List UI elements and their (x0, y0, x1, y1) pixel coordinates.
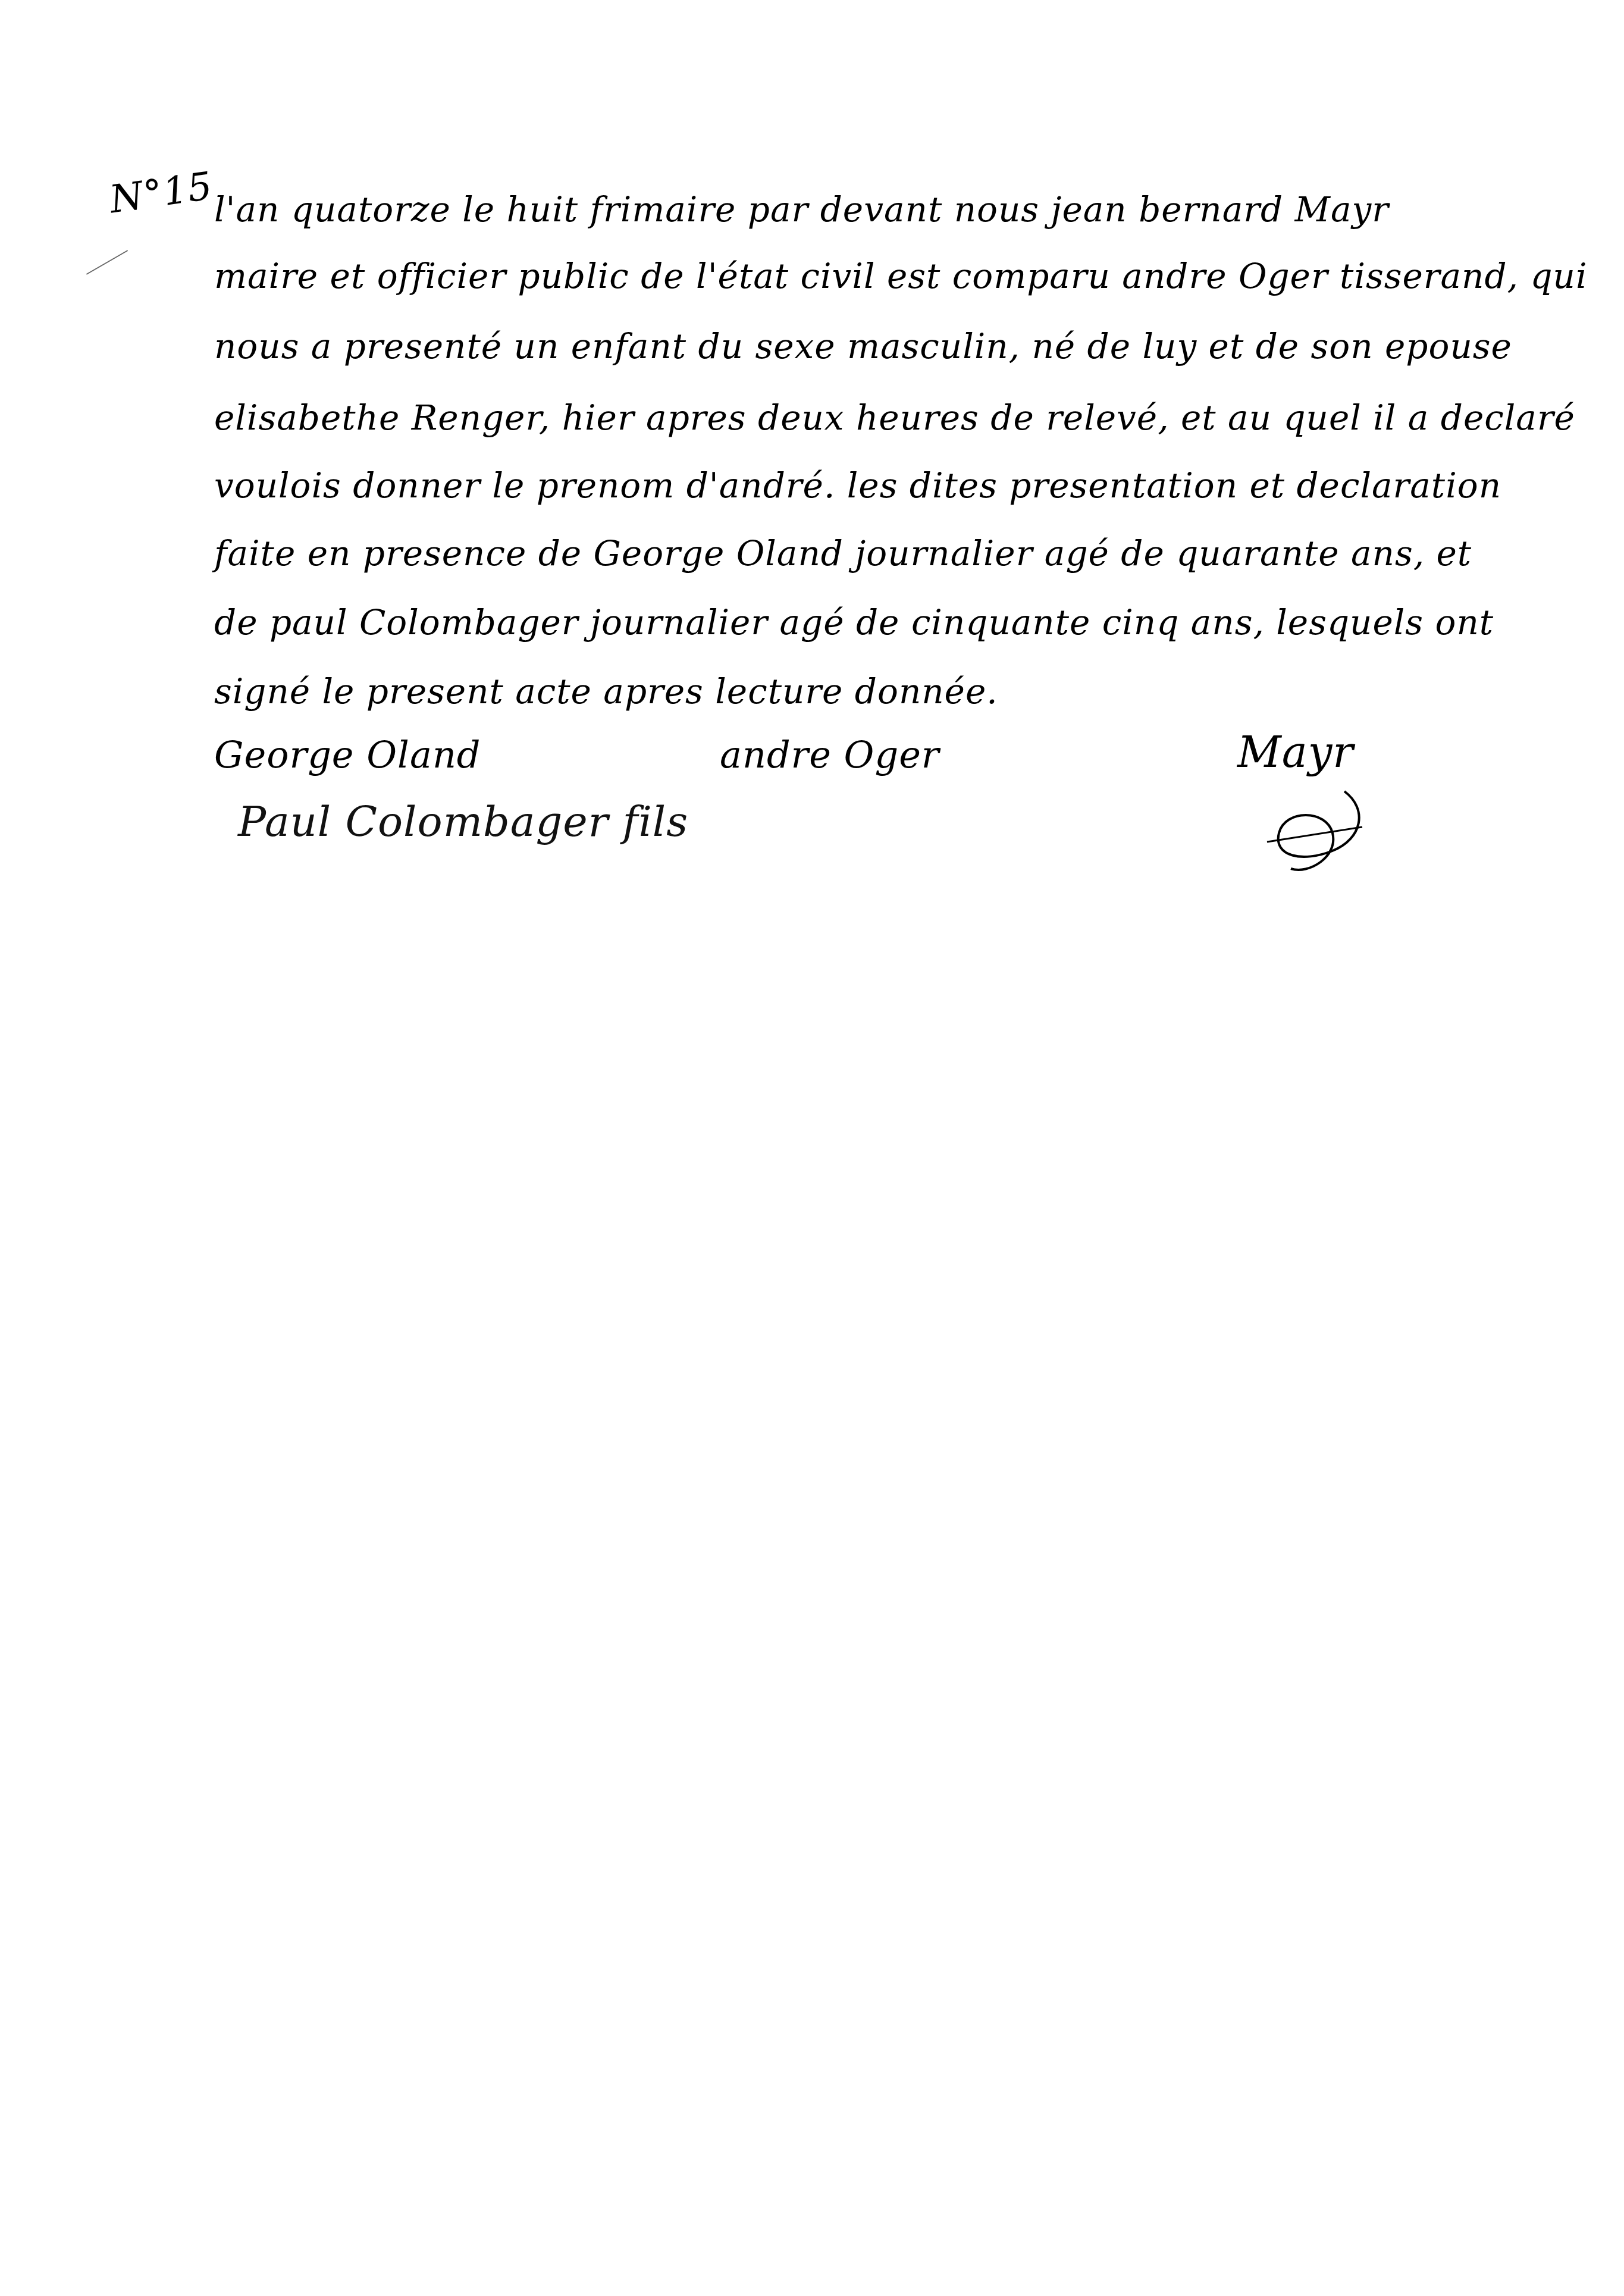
signature-paul-colombager: Paul Colombager fils (238, 797, 688, 846)
signature-andre-oger: andre Oger (720, 733, 939, 776)
text-line-4: elisabethe Renger, hier apres deux heure… (214, 397, 1575, 438)
text-line-3: nous a presenté un enfant du sexe mascul… (214, 326, 1512, 367)
margin-flourish (86, 250, 128, 275)
text-line-5: voulois donner le prenom d'andré. les di… (214, 465, 1501, 506)
margin-entry-number: N°15 (107, 164, 215, 222)
text-line-1: l'an quatorze le huit frimaire par devan… (214, 189, 1389, 230)
text-line-6: faite en presence de George Oland journa… (214, 533, 1472, 574)
text-line-8: signé le present acte apres lecture donn… (214, 671, 998, 712)
text-line-7: de paul Colombager journalier agé de cin… (214, 602, 1494, 643)
signature-george-oland: George Oland (214, 733, 481, 776)
paraph-flourish-icon (1255, 785, 1374, 881)
document-page: N°15 l'an quatorze le huit frimaire par … (0, 0, 1624, 2296)
text-line-2: maire et officier public de l'état civil… (214, 256, 1587, 296)
signature-mayor: Mayr (1237, 727, 1354, 777)
